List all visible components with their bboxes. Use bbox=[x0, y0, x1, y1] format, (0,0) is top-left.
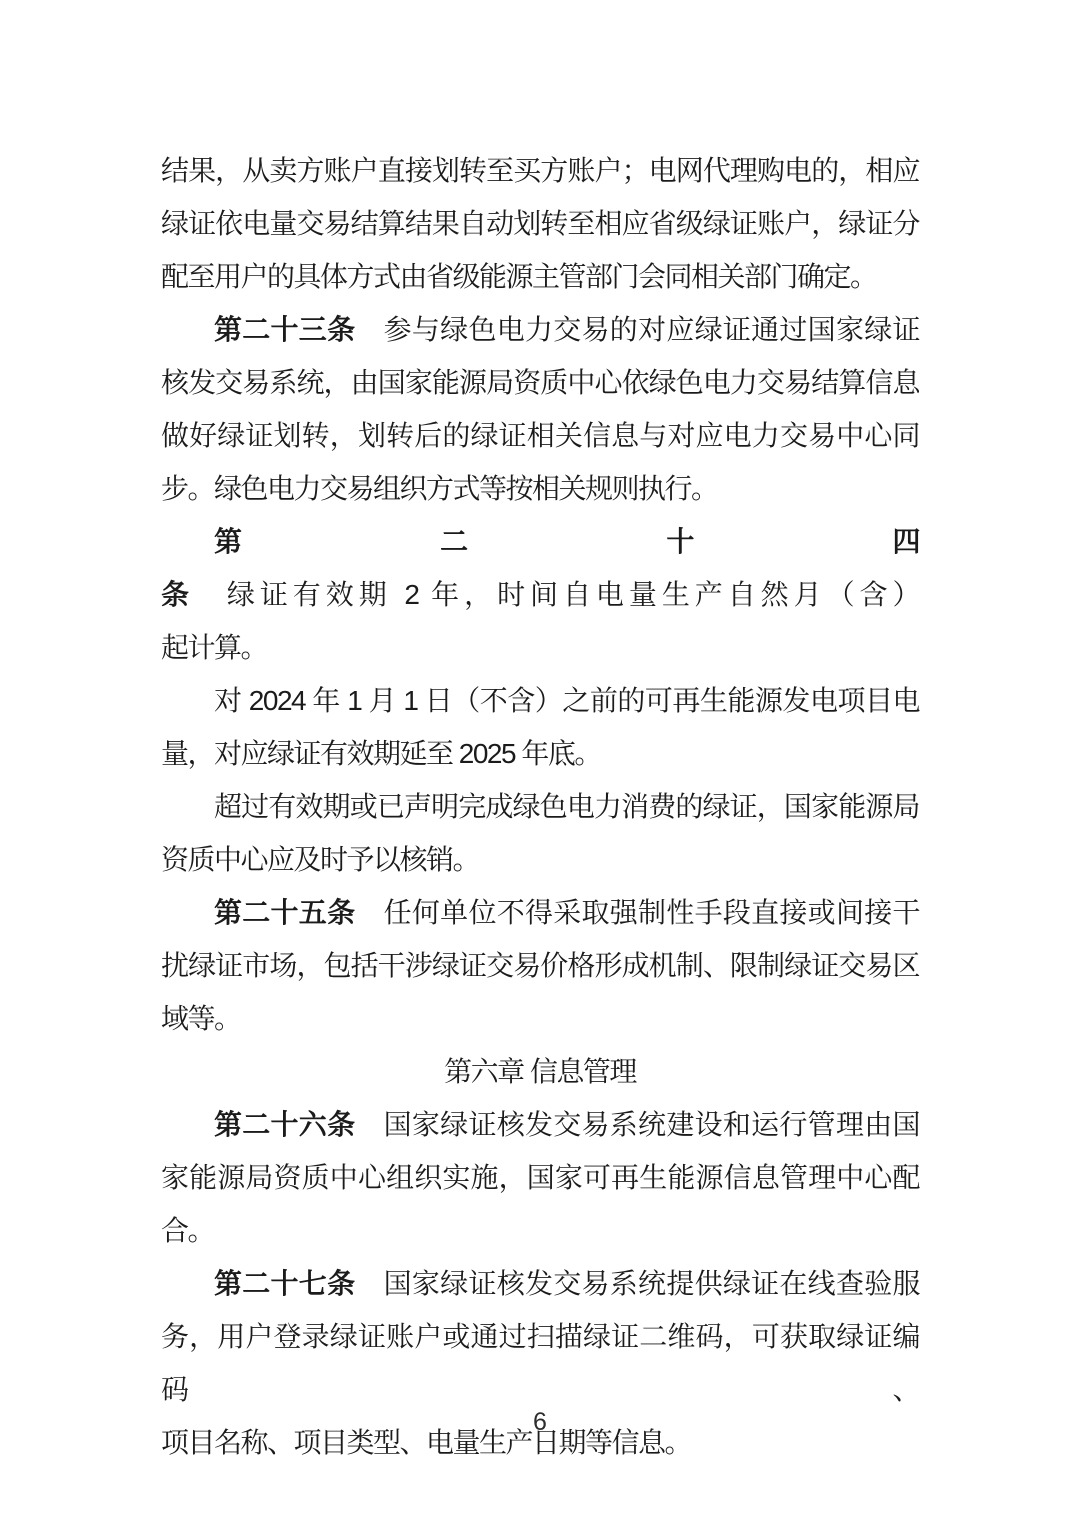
text-segment: 合。 bbox=[161, 1215, 214, 1246]
text-line: 起计算。 bbox=[161, 621, 919, 674]
text-line: 第二十四条 绿证有效期 2 年，时间自电量生产自然月（含） bbox=[161, 515, 919, 621]
text-line: 扰绿证市场，包括干涉绿证交易价格形成机制、限制绿证交易区 bbox=[161, 939, 919, 992]
text-segment: 家能源局资质中心组织实施，国家可再生能源信息管理中心配 bbox=[161, 1162, 919, 1193]
text-line: 超过有效期或已声明完成绿色电力消费的绿证，国家能源局 bbox=[161, 780, 919, 833]
text-segment: 资质中心应及时予以核销。 bbox=[161, 844, 479, 875]
article-number: 第二十七条 bbox=[214, 1268, 355, 1299]
text-line: 步。绿色电力交易组织方式等按相关规则执行。 bbox=[161, 462, 919, 515]
text-segment: 配至用户的具体方式由省级能源主管部门会同相关部门确定。 bbox=[161, 261, 877, 292]
text-line: 合。 bbox=[161, 1204, 919, 1257]
document-page: 结果，从卖方账户直接划转至买方账户；电网代理购电的，相应绿证依电量交易结算结果自… bbox=[0, 0, 1080, 1527]
text-line: 结果，从卖方账户直接划转至买方账户；电网代理购电的，相应 bbox=[161, 144, 919, 197]
text-line: 域等。 bbox=[161, 992, 919, 1045]
text-segment: 务，用户登录绿证账户或通过扫描绿证二维码，可获取绿证编码、 bbox=[161, 1321, 919, 1405]
article-number: 第二十六条 bbox=[214, 1109, 355, 1140]
article-number: 第二十五条 bbox=[214, 897, 355, 928]
text-line: 量，对应绿证有效期延至 2025 年底。 bbox=[161, 727, 919, 780]
text-segment: 起计算。 bbox=[161, 632, 267, 663]
text-segment: 对 2024 年 1 月 1 日（不含）之前的可再生能源发电项目电 bbox=[214, 685, 919, 716]
text-segment: 国家绿证核发交易系统建设和运行管理由国 bbox=[355, 1109, 919, 1140]
document-body: 结果，从卖方账户直接划转至买方账户；电网代理购电的，相应绿证依电量交易结算结果自… bbox=[161, 144, 919, 1469]
chapter-heading: 第六章 信息管理 bbox=[161, 1045, 919, 1098]
text-segment: 任何单位不得采取强制性手段直接或间接干 bbox=[355, 897, 919, 928]
text-line: 家能源局资质中心组织实施，国家可再生能源信息管理中心配 bbox=[161, 1151, 919, 1204]
text-segment: 量，对应绿证有效期延至 2025 年底。 bbox=[161, 738, 601, 769]
text-line: 资质中心应及时予以核销。 bbox=[161, 833, 919, 886]
text-segment: 第六章 信息管理 bbox=[444, 1056, 636, 1087]
text-segment: 绿证有效期 2 年，时间自电量生产自然月（含） bbox=[194, 579, 919, 610]
text-line: 务，用户登录绿证账户或通过扫描绿证二维码，可获取绿证编码、 bbox=[161, 1310, 919, 1416]
text-segment: 域等。 bbox=[161, 1003, 241, 1034]
text-line: 核发交易系统，由国家能源局资质中心依绿色电力交易结算信息 bbox=[161, 356, 919, 409]
text-segment: 核发交易系统，由国家能源局资质中心依绿色电力交易结算信息 bbox=[161, 367, 919, 398]
text-segment: 做好绿证划转，划转后的绿证相关信息与对应电力交易中心同 bbox=[161, 420, 919, 451]
text-segment: 绿证依电量交易结算结果自动划转至相应省级绿证账户，绿证分 bbox=[161, 208, 919, 239]
text-line: 第二十三条 参与绿色电力交易的对应绿证通过国家绿证 bbox=[161, 303, 919, 356]
text-segment: 结果，从卖方账户直接划转至买方账户；电网代理购电的，相应 bbox=[161, 155, 919, 186]
text-segment: 扰绿证市场，包括干涉绿证交易价格形成机制、限制绿证交易区 bbox=[161, 950, 919, 981]
page-number: 6 bbox=[0, 1408, 1080, 1437]
text-line: 对 2024 年 1 月 1 日（不含）之前的可再生能源发电项目电 bbox=[161, 674, 919, 727]
text-segment: 国家绿证核发交易系统提供绿证在线查验服 bbox=[355, 1268, 919, 1299]
text-segment: 步。绿色电力交易组织方式等按相关规则执行。 bbox=[161, 473, 718, 504]
article-number: 第二十三条 bbox=[214, 314, 355, 345]
text-line: 绿证依电量交易结算结果自动划转至相应省级绿证账户，绿证分 bbox=[161, 197, 919, 250]
text-line: 配至用户的具体方式由省级能源主管部门会同相关部门确定。 bbox=[161, 250, 919, 303]
text-segment: 参与绿色电力交易的对应绿证通过国家绿证 bbox=[355, 314, 919, 345]
text-segment: 超过有效期或已声明完成绿色电力消费的绿证，国家能源局 bbox=[214, 791, 919, 822]
text-line: 第二十五条 任何单位不得采取强制性手段直接或间接干 bbox=[161, 886, 919, 939]
text-line: 做好绿证划转，划转后的绿证相关信息与对应电力交易中心同 bbox=[161, 409, 919, 462]
text-line: 第二十六条 国家绿证核发交易系统建设和运行管理由国 bbox=[161, 1098, 919, 1151]
text-line: 第二十七条 国家绿证核发交易系统提供绿证在线查验服 bbox=[161, 1257, 919, 1310]
